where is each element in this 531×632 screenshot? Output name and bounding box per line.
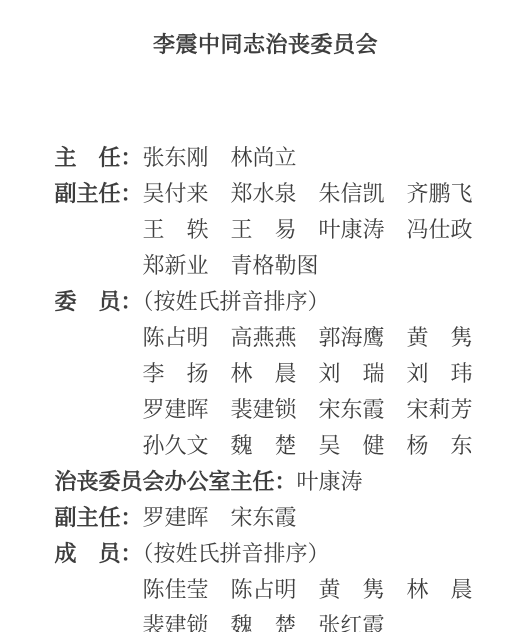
line-chairman: 主 任：张东刚 林尚立 xyxy=(30,104,501,140)
office-members-sort-note: （按姓氏拼音排序） xyxy=(142,541,329,566)
members-names-row-2: 李 扬 林 晨 刘 瑞 刘 玮 xyxy=(142,361,472,386)
page-title: 李震中同志治丧委员会 xyxy=(30,27,501,63)
vice-chairmen-names: 吴付来 郑水泉 朱信凯 齐鹏飞 xyxy=(142,181,472,206)
office-members-names-row-1: 陈佳莹 陈占明 黄 隽 林 晨 xyxy=(142,577,472,602)
members-sort-note: （按姓氏拼音排序） xyxy=(142,289,329,314)
office-deputy-directors-names: 罗建晖 宋东霞 xyxy=(142,505,296,530)
members-label: 委 员： xyxy=(54,289,142,314)
office-director-name: 叶康涛 xyxy=(296,469,362,494)
chairman-names: 张东刚 林尚立 xyxy=(142,145,296,170)
office-director-label: 治丧委员会办公室主任： xyxy=(54,469,296,494)
office-deputy-directors-label: 副主任： xyxy=(54,505,142,530)
funeral-committee-document: 李震中同志治丧委员会 主 任：张东刚 林尚立 副主任：吴付来 郑水泉 朱信凯 齐… xyxy=(0,0,531,632)
vice-chairmen-label: 副主任： xyxy=(54,181,142,206)
vice-chairmen-names-cont-2: 郑新业 青格勒图 xyxy=(142,253,318,278)
members-names-row-3: 罗建晖 裴建锁 宋东霞 宋莉芳 xyxy=(142,397,472,422)
chairman-label: 主 任： xyxy=(54,145,142,170)
vice-chairmen-names-cont-1: 王 轶 王 易 叶康涛 冯仕政 xyxy=(142,217,472,242)
office-members-names-row-2: 裴建锁 魏 楚 张红霞 xyxy=(142,613,384,632)
members-names-row-1: 陈占明 高燕燕 郭海鹰 黄 隽 xyxy=(142,325,472,350)
members-names-row-4: 孙久文 魏 楚 吴 健 杨 东 xyxy=(142,433,472,458)
office-members-label: 成 员： xyxy=(54,541,142,566)
